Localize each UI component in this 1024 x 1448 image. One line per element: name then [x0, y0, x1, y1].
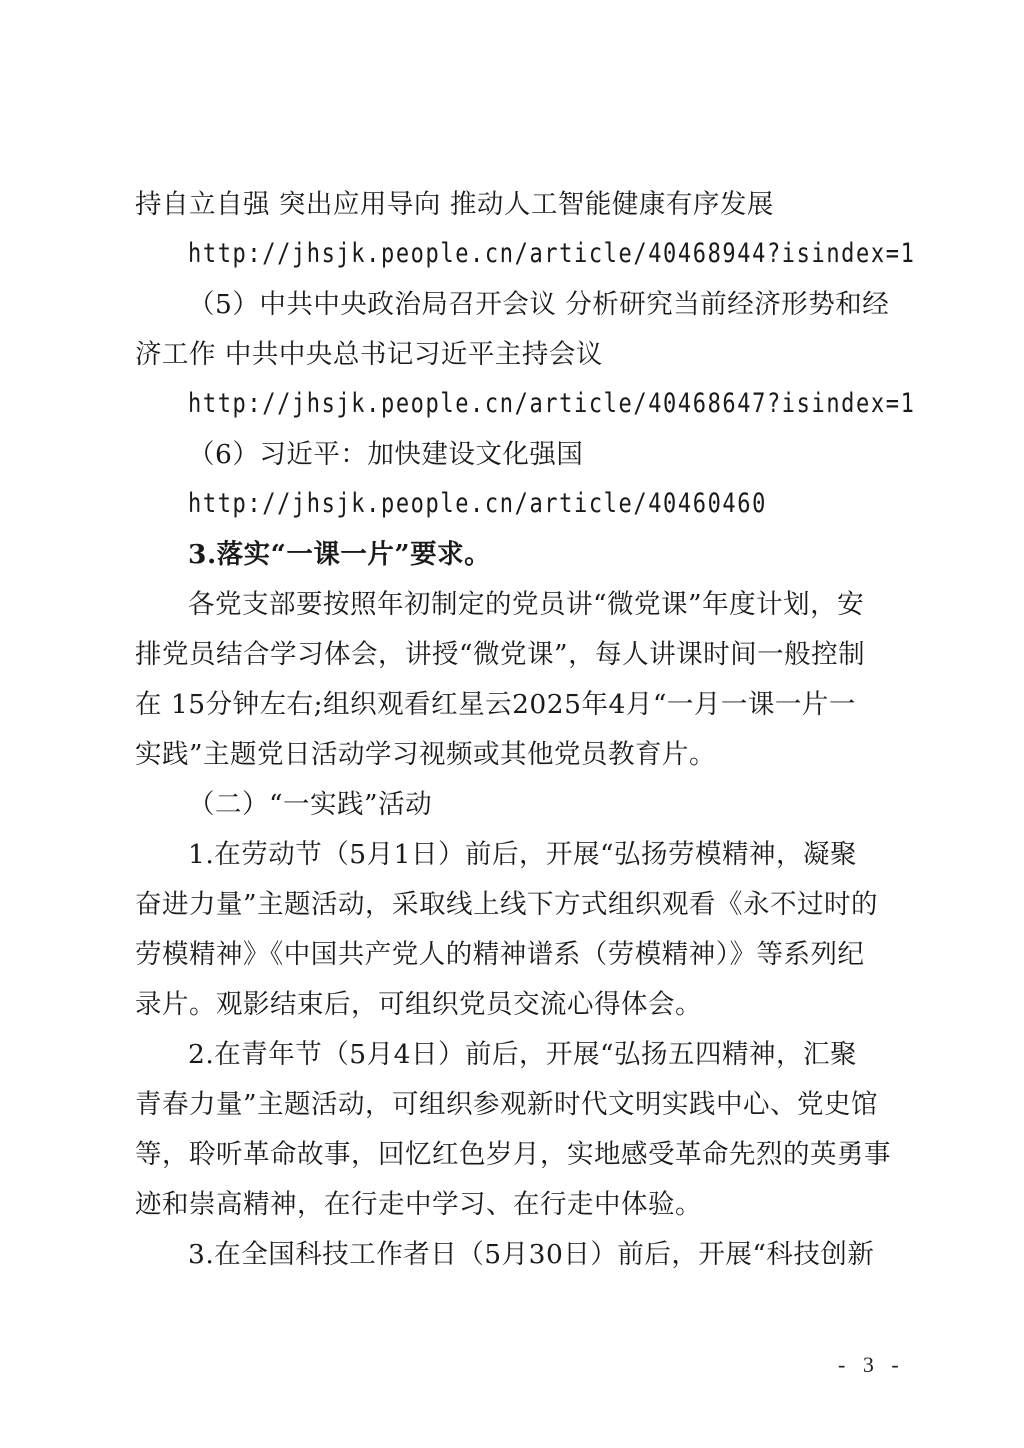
article-link[interactable]: http://jhsjk.people.cn/article/40468647?…	[188, 385, 950, 426]
paragraph-line: 3.在全国科技工作者日（5月30日）前后，开展“科技创新	[188, 1238, 898, 1272]
page-number: - 3 -	[838, 1352, 905, 1378]
paragraph-line: 1.在劳动节（5月1日）前后，开展“弘扬劳模精神，凝聚	[188, 838, 898, 872]
paragraph-line: 录片。观影结束后，可组织党员交流心得体会。	[135, 988, 897, 1022]
article-link[interactable]: http://jhsjk.people.cn/article/40460460	[188, 485, 950, 526]
document-page: 持自立自强 突出应用导向 推动人工智能健康有序发展 http://jhsjk.p…	[0, 0, 1024, 1448]
subsection-heading: （二）“一实践”活动	[188, 788, 950, 822]
paragraph-line: 奋进力量”主题活动，采取线上线下方式组织观看《永不过时的	[135, 888, 897, 922]
paragraph-line: 排党员结合学习体会，讲授“微党课”，每人讲课时间一般控制	[135, 638, 897, 672]
section-heading: 3.落实“一课一片”要求。	[188, 538, 950, 572]
paragraph-line: 迹和崇高精神，在行走中学习、在行走中体验。	[135, 1188, 897, 1222]
paragraph-line: 各党支部要按照年初制定的党员讲“微党课”年度计划，安	[188, 588, 898, 622]
paragraph-line: 等，聆听革命故事，回忆红色岁月，实地感受革命先烈的英勇事	[135, 1138, 897, 1172]
paragraph-line: 青春力量”主题活动，可组织参观新时代文明实践中心、党史馆	[135, 1088, 897, 1122]
text-line: 济工作 中共中央总书记习近平主持会议	[135, 338, 897, 372]
paragraph-line: 实践”主题党日活动学习视频或其他党员教育片。	[135, 738, 897, 772]
list-item-5-title: （5）中共中央政治局召开会议 分析研究当前经济形势和经	[188, 288, 898, 322]
article-link[interactable]: http://jhsjk.people.cn/article/40468944?…	[188, 235, 950, 276]
paragraph-line: 劳模精神》《中国共产党人的精神谱系（劳模精神）》等系列纪	[135, 938, 897, 972]
text-line: 持自立自强 突出应用导向 推动人工智能健康有序发展	[135, 188, 897, 222]
list-item-6-title: （6）习近平：加快建设文化强国	[188, 438, 950, 472]
paragraph-line: 在 15分钟左右;组织观看红星云2025年4月“一月一课一片一	[135, 688, 897, 722]
paragraph-line: 2.在青年节（5月4日）前后，开展“弘扬五四精神，汇聚	[188, 1038, 898, 1072]
